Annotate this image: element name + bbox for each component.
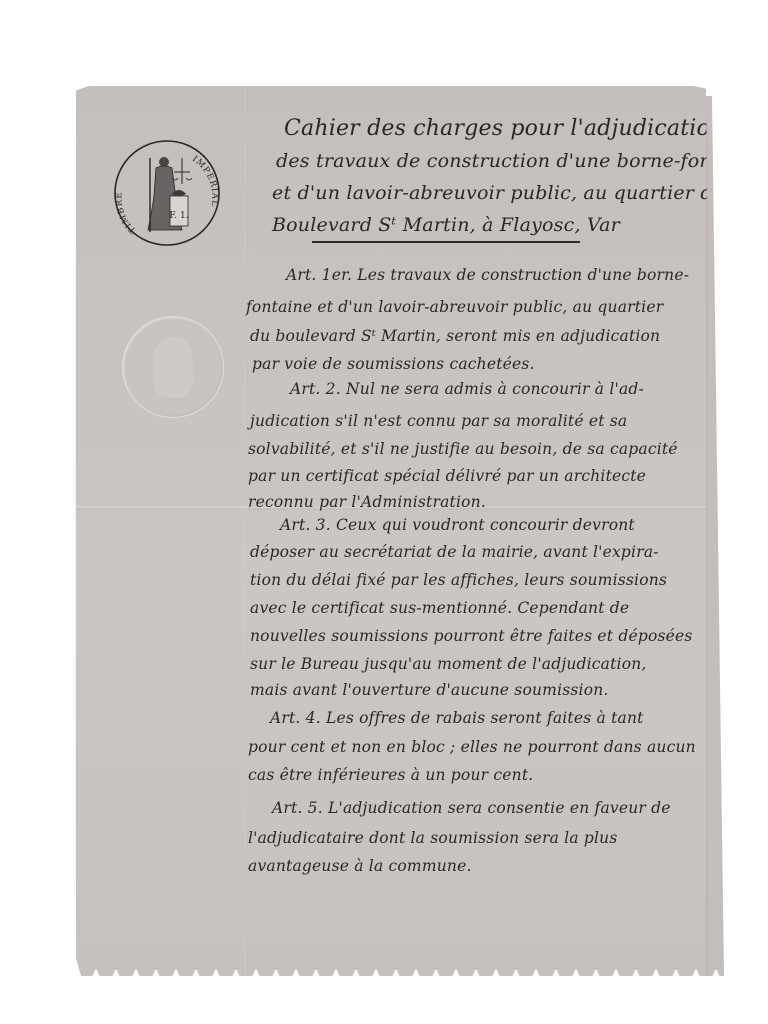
svg-text:IMPERIAL: IMPERIAL — [190, 154, 219, 207]
article-3-line-2: déposer au secrétariat de la mairie, ava… — [250, 543, 659, 561]
article-3-line-5: nouvelles soumissions pourront être fait… — [250, 627, 693, 645]
heading-line-2: des travaux de construction d'une borne-… — [276, 150, 761, 172]
heading-line-3: et d'un lavoir-abreuvoir public, au quar… — [272, 182, 725, 204]
heading-underline — [312, 241, 580, 243]
article-1-line-3: du boulevard Sᵗ Martin, seront mis en ad… — [250, 327, 660, 345]
article-5-line-1: Art. 5. L'adjudication sera consentie en… — [272, 799, 671, 817]
svg-text:TIMBRE: TIMBRE — [114, 191, 138, 235]
article-5-line-3: avantageuse à la commune. — [248, 857, 472, 875]
article-1-line-4: par voie de soumissions cachetées. — [252, 355, 535, 373]
stamp-right-text: IMPERIAL — [190, 154, 219, 207]
article-2-line-1: Art. 2. Nul ne sera admis à concourir à … — [290, 380, 644, 398]
article-1-line-2: fontaine et d'un lavoir-abreuvoir public… — [246, 298, 663, 316]
article-2-line-2: judication s'il n'est connu par sa moral… — [250, 412, 627, 430]
heading-line-4: Boulevard Sᵗ Martin, à Flayosc, Var — [272, 214, 620, 236]
paper-back-sheet — [704, 96, 724, 976]
article-1-line-1: Art. 1er. Les travaux de construction d'… — [286, 266, 689, 284]
heading-line-1: Cahier des charges pour l'adjudication — [284, 116, 724, 141]
vertical-fold — [245, 86, 247, 976]
article-2-line-5: reconnu par l'Administration. — [248, 493, 486, 511]
article-4-line-1: Art. 4. Les offres de rabais seront fait… — [270, 709, 644, 727]
timbre-imperial-seal-icon: TIMBRE IMPERIAL F. 1. — [112, 138, 222, 248]
article-5-line-2: l'adjudicataire dont la soumission sera … — [248, 829, 618, 847]
article-3-line-7: mais avant l'ouverture d'aucune soumissi… — [250, 681, 609, 699]
article-4-line-3: cas être inférieures à un pour cent. — [248, 766, 533, 784]
article-3-line-1: Art. 3. Ceux qui voudront concourir devr… — [280, 516, 635, 534]
article-4-line-2: pour cent et non en bloc ; elles ne pour… — [248, 738, 696, 756]
article-3-line-4: avec le certificat sus-mentionné. Cepend… — [250, 599, 629, 617]
torn-bottom-edge — [76, 970, 726, 984]
stamp-left-text: TIMBRE — [114, 191, 138, 235]
article-2-line-4: par un certificat spécial délivré par un… — [248, 467, 646, 485]
article-2-line-3: solvabilité, et s'il ne justifie au beso… — [248, 440, 678, 458]
article-3-line-6: sur le Bureau jusqu'au moment de l'adjud… — [250, 655, 647, 673]
article-3-line-3: tion du délai fixé par les affiches, leu… — [250, 571, 667, 589]
dry-embossed-seal-icon — [122, 316, 224, 418]
stamp-shield-letters: F. 1. — [169, 211, 188, 221]
